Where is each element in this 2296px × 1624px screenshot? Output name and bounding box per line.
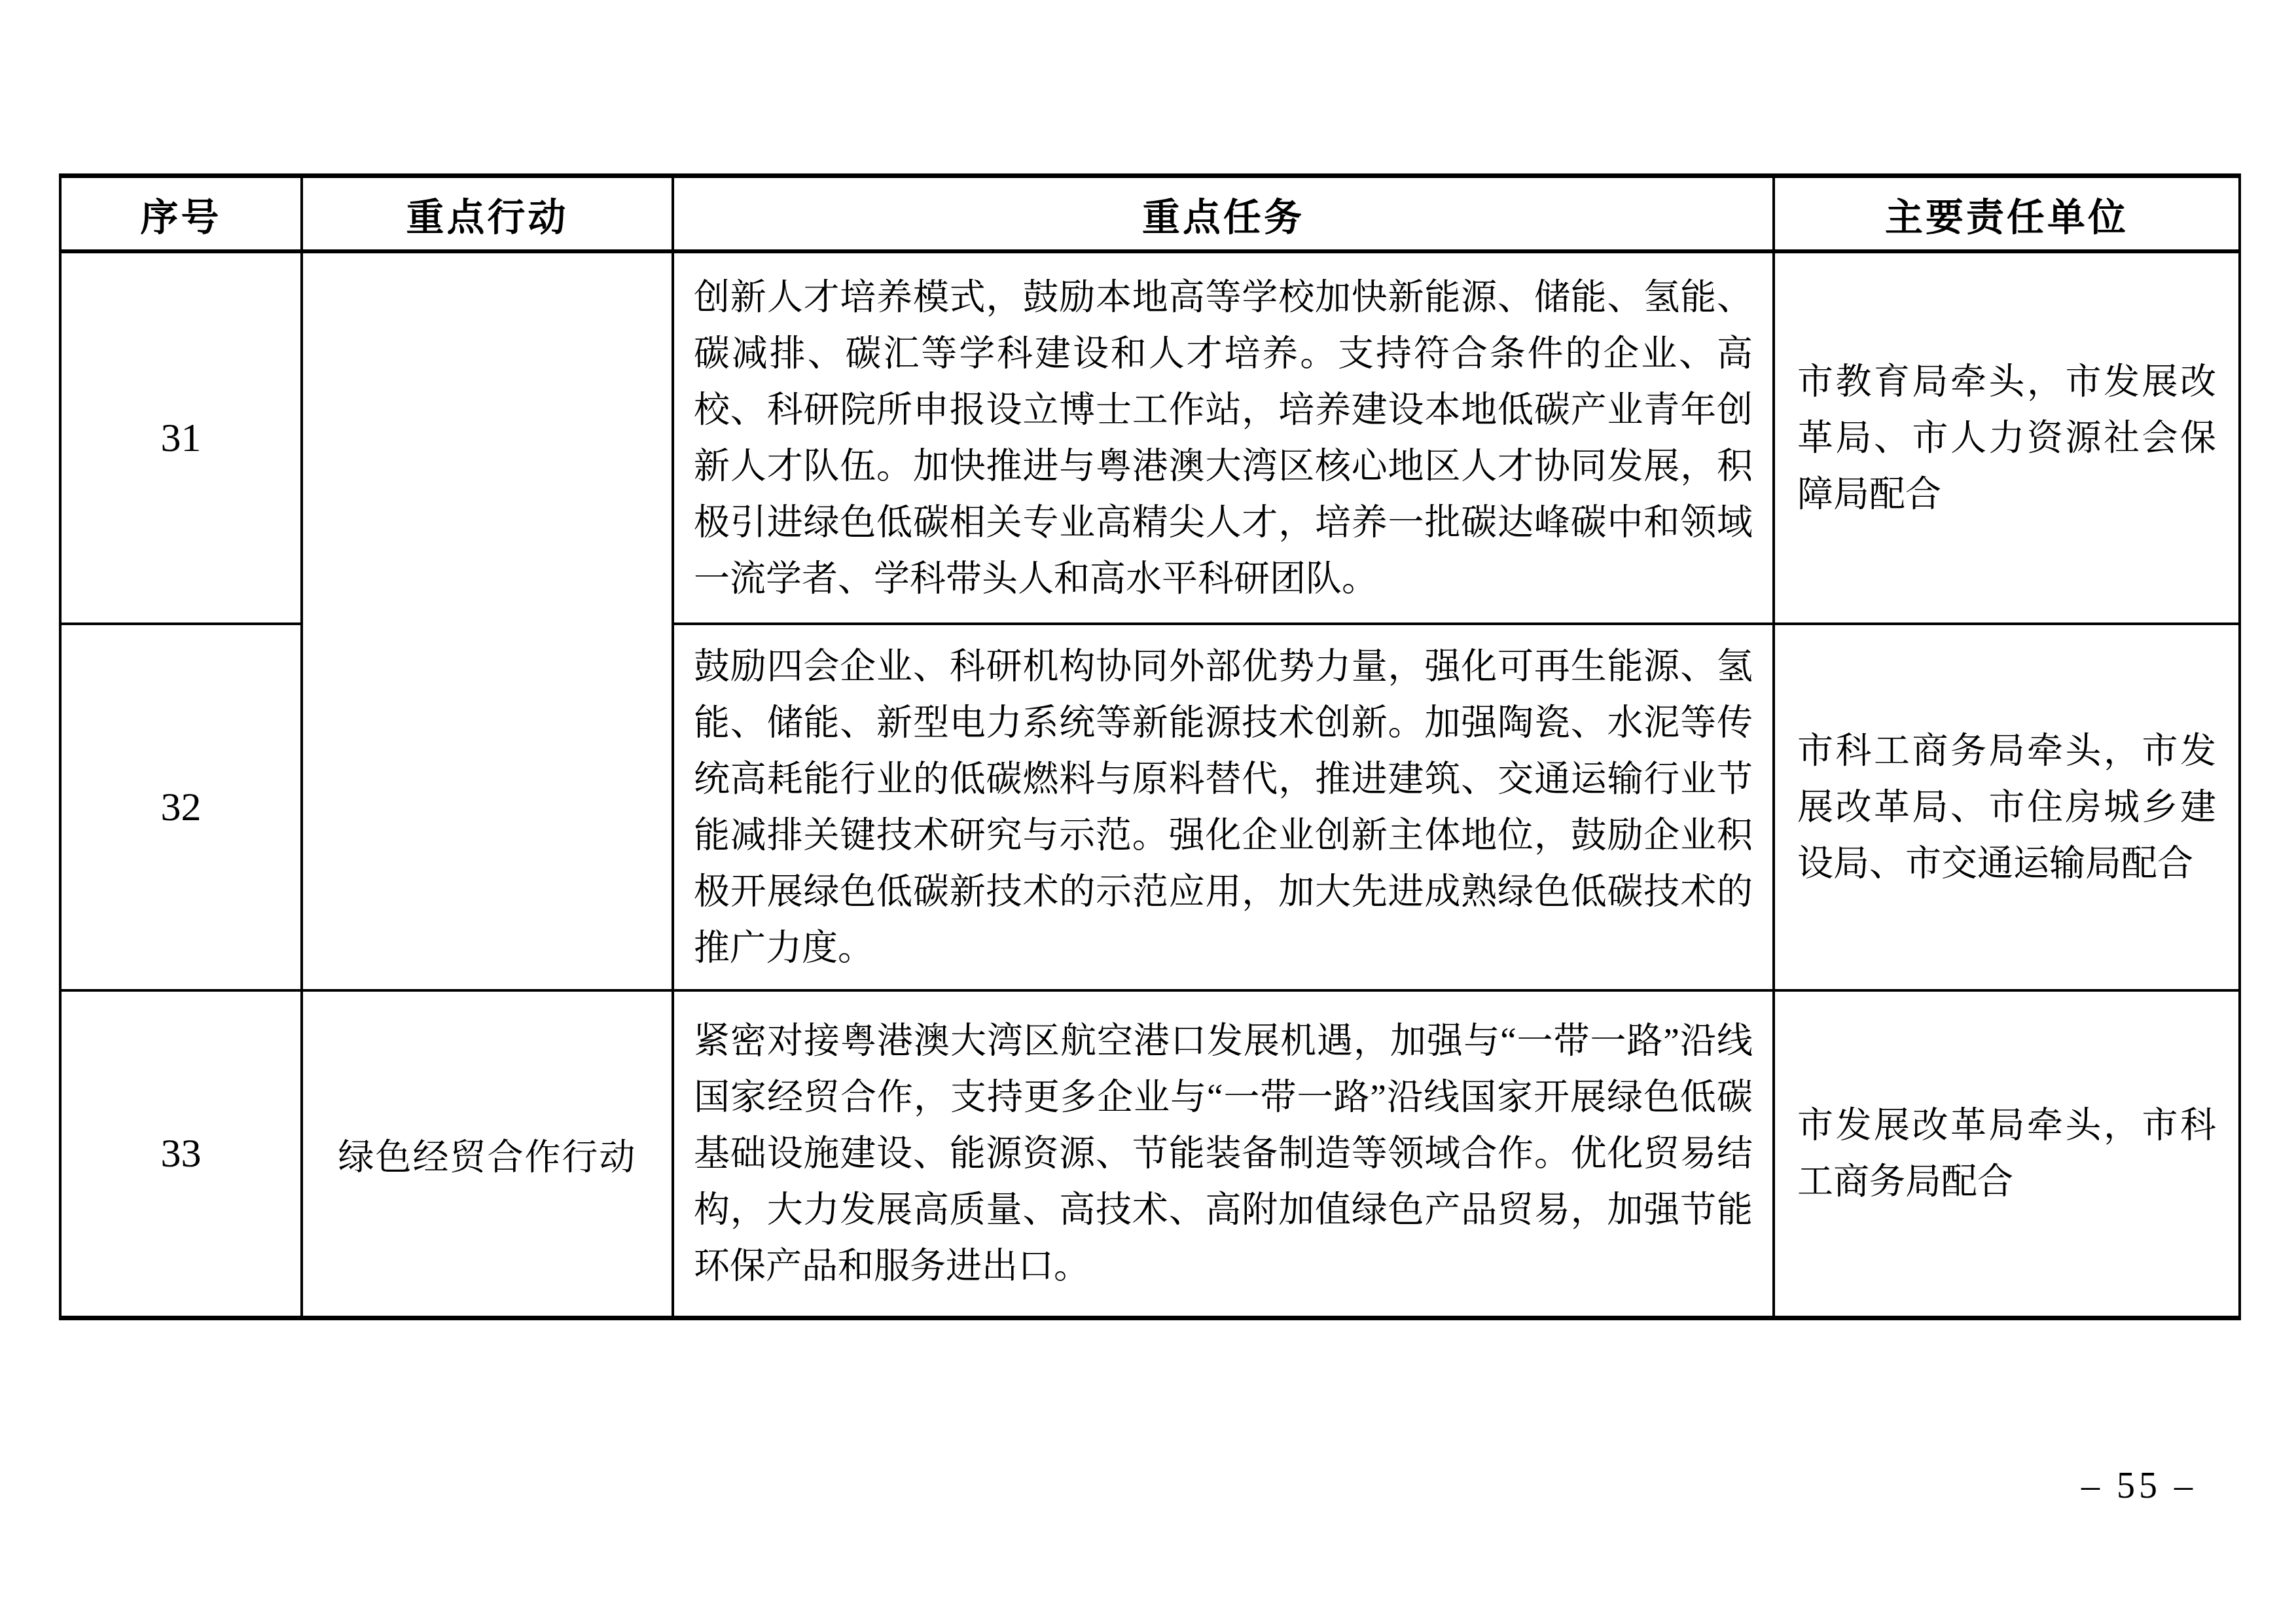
table-header-row: 序号 重点行动 重点任务 主要责任单位 (60, 176, 2240, 252)
header-seq: 序号 (60, 176, 302, 252)
header-unit: 主要责任单位 (1774, 176, 2240, 252)
row33-action: 绿色经贸合作行动 (302, 990, 673, 1318)
row31-seq: 31 (60, 251, 302, 624)
header-task: 重点任务 (673, 176, 1774, 252)
page-number: – 55 – (2081, 1465, 2197, 1507)
row32-task: 鼓励四会企业、科研机构协同外部优势力量，强化可再生能源、氢能、储能、新型电力系统… (673, 624, 1774, 990)
row33-task: 紧密对接粤港澳大湾区航空港口发展机遇，加强与“一带一路”沿线国家经贸合作，支持更… (673, 990, 1774, 1318)
table-row-31: 31 创新人才培养模式，鼓励本地高等学校加快新能源、储能、氢能、碳减排、碳汇等学… (60, 251, 2240, 624)
row31-unit: 市教育局牵头，市发展改革局、市人力资源社会保障局配合 (1774, 251, 2240, 624)
header-action: 重点行动 (302, 176, 673, 252)
table-row-33: 33 绿色经贸合作行动 紧密对接粤港澳大湾区航空港口发展机遇，加强与“一带一路”… (60, 990, 2240, 1318)
row33-unit: 市发展改革局牵头，市科工商务局配合 (1774, 990, 2240, 1318)
row32-seq: 32 (60, 624, 302, 990)
row32-unit: 市科工商务局牵头，市发展改革局、市住房城乡建设局、市交通运输局配合 (1774, 624, 2240, 990)
key-actions-table: 序号 重点行动 重点任务 主要责任单位 31 创新人才培养模式，鼓励本地高等学校… (59, 173, 2241, 1320)
row31-task: 创新人才培养模式，鼓励本地高等学校加快新能源、储能、氢能、碳减排、碳汇等学科建设… (673, 251, 1774, 624)
row33-seq: 33 (60, 990, 302, 1318)
row31-32-action-merged (302, 251, 673, 990)
